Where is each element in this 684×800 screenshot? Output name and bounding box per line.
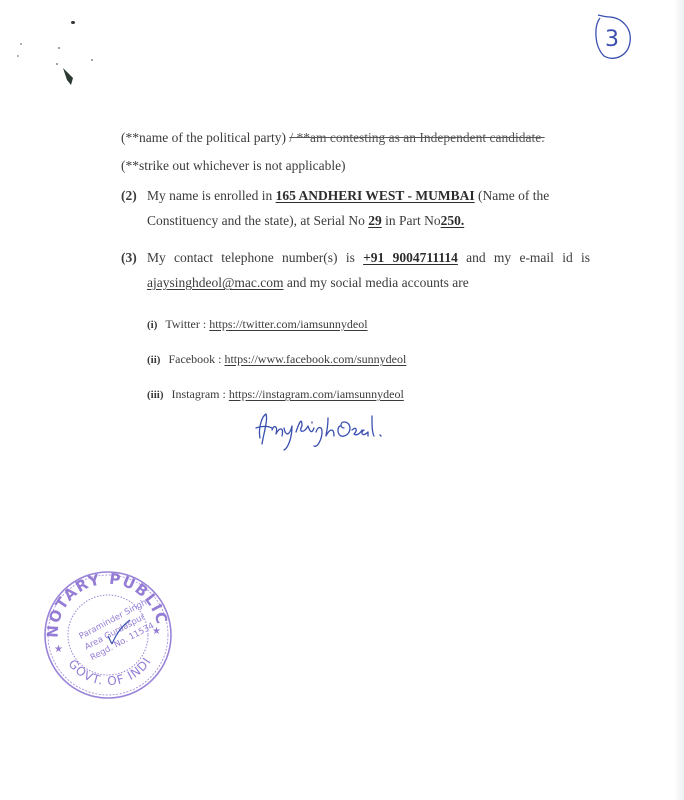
svg-text:★: ★ <box>54 644 63 655</box>
item-3-number: (3) <box>121 250 137 266</box>
document-page: 3 (**name of the political party) / **am… <box>0 0 684 800</box>
social-item-twitter: (i)Twitter : https://twitter.com/iamsunn… <box>147 316 368 333</box>
scan-edge-shadow <box>674 0 684 800</box>
party-line: (**name of the political party) / **am c… <box>121 130 545 146</box>
notary-stamp: NOTARY PUBLIC GOVT. OF INDIA ★ ★ Paramin… <box>42 568 174 702</box>
social-item-facebook: (ii)Facebook : https://www.facebook.com/… <box>147 351 406 368</box>
facebook-link[interactable]: https://www.facebook.com/sunnydeol <box>224 352 406 366</box>
part-no-value: 250. <box>441 213 465 228</box>
page-number-circle: 3 <box>592 12 634 62</box>
handwritten-signature: Ajay Singh Deol. <box>252 408 392 452</box>
item-2-line-1: My name is enrolled in 165 ANDHERI WEST … <box>147 188 549 204</box>
instagram-link[interactable]: https://instagram.com/iamsunnydeol <box>229 387 404 401</box>
email-link[interactable]: ajaysinghdeol@mac.com <box>147 275 284 290</box>
item-3-line-1: My contact telephone number(s) is +91 90… <box>147 250 590 266</box>
social-item-instagram: (iii)Instagram : https://instagram.com/i… <box>147 386 404 403</box>
constituency-value: 165 ANDHERI WEST - MUMBAI <box>276 188 475 203</box>
twitter-link[interactable]: https://twitter.com/iamsunnydeol <box>209 317 367 331</box>
item-2-number: (2) <box>121 188 137 204</box>
serial-no-value: 29 <box>368 213 382 228</box>
party-prefix: (**name of the political party) <box>121 130 289 145</box>
page-number-text: 3 <box>605 27 619 52</box>
strike-out-note: (**strike out whichever is not applicabl… <box>121 158 346 174</box>
item-2-line-2: Constituency and the state), at Serial N… <box>147 213 464 229</box>
item-3-line-2: ajaysinghdeol@mac.com and my social medi… <box>147 275 469 291</box>
struck-independent-text: / **am contesting as an Independent cand… <box>289 130 544 145</box>
phone-value: +91 9004711114 <box>363 250 458 265</box>
